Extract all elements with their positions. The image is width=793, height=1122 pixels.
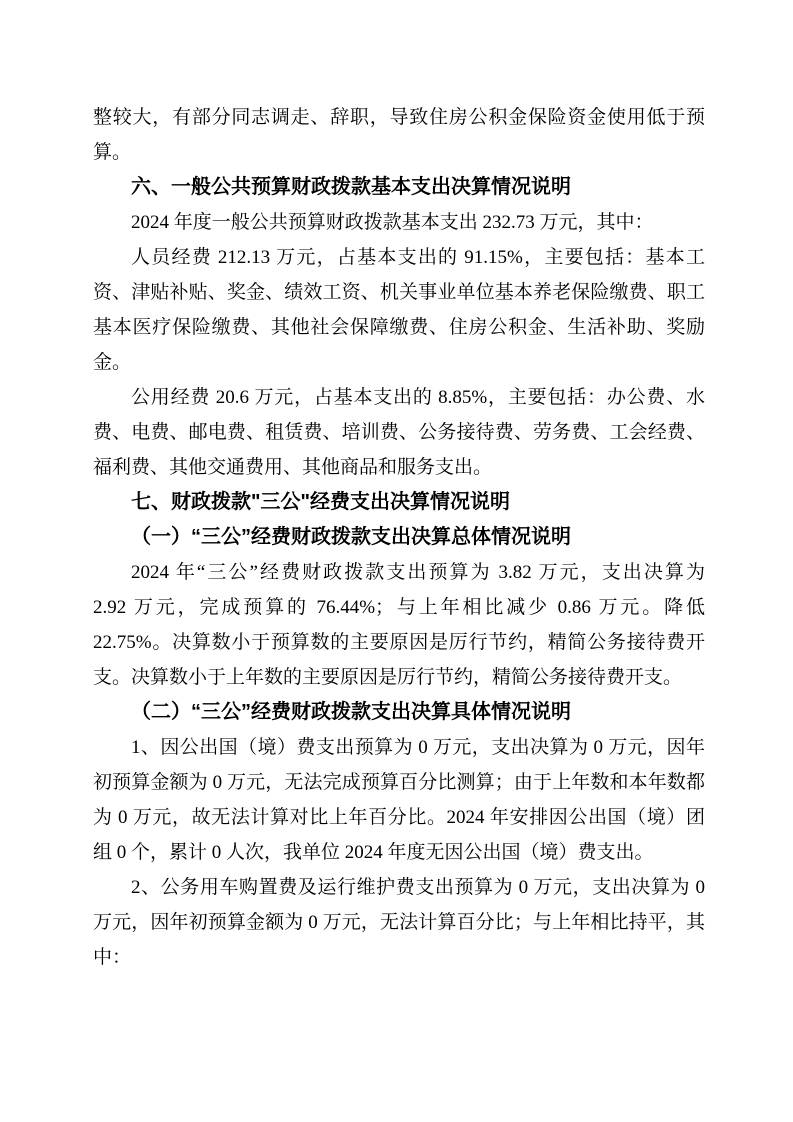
text-line: 2024 年度一般公共预算财政拨款基本支出 232.73 万元，其中： [93,205,705,240]
text-line: 2024 年“三公”经费财政拨款支出预算为 3.82 万元，支出决算为 [93,555,705,590]
text-line: 2.92 万元，完成预算的 76.44%；与上年相比减少 0.86 万元。降低 [93,590,705,625]
text-line: 人员经费 212.13 万元，占基本支出的 91.15%，主要包括：基本工 [93,240,705,275]
text-line: 金。 [93,345,705,380]
text-line: 基本医疗保险缴费、其他社会保障缴费、住房公积金、生活补助、奖励 [93,310,705,345]
paragraph: 公用经费 20.6 万元，占基本支出的 8.85%，主要包括：办公费、水费、电费… [93,380,705,485]
text-line: 公用经费 20.6 万元，占基本支出的 8.85%，主要包括：办公费、水 [93,380,705,415]
section-heading: 七、财政拨款"三公"经费支出决算情况说明 [93,485,705,520]
paragraph: 2024 年度一般公共预算财政拨款基本支出 232.73 万元，其中： [93,205,705,240]
paragraph: 人员经费 212.13 万元，占基本支出的 91.15%，主要包括：基本工资、津… [93,240,705,380]
text-line: 组 0 个，累计 0 人次，我单位 2024 年度无因公出国（境）费支出。 [93,835,705,870]
text-line: 整较大，有部分同志调走、辞职，导致住房公积金保险资金使用低于预 [93,100,705,135]
text-line: 万元，因年初预算金额为 0 万元，无法计算百分比；与上年相比持平，其 [93,905,705,940]
section-heading: 六、一般公共预算财政拨款基本支出决算情况说明 [93,170,705,205]
paragraph: 2、公务用车购置费及运行维护费支出预算为 0 万元，支出决算为 0万元，因年初预… [93,870,705,975]
section-heading: （一）“三公”经费财政拨款支出决算总体情况说明 [93,520,705,555]
text-line: 为 0 万元，故无法计算对比上年百分比。2024 年安排因公出国（境）团 [93,800,705,835]
text-line: 资、津贴补贴、奖金、绩效工资、机关事业单位基本养老保险缴费、职工 [93,275,705,310]
paragraph: 2024 年“三公”经费财政拨款支出预算为 3.82 万元，支出决算为2.92 … [93,555,705,695]
text-line: 费、电费、邮电费、租赁费、培训费、公务接待费、劳务费、工会经费、 [93,415,705,450]
text-line: 六、一般公共预算财政拨款基本支出决算情况说明 [93,170,705,205]
text-line: 中： [93,940,705,975]
text-line: 福利费、其他交通费用、其他商品和服务支出。 [93,450,705,485]
document-page: 整较大，有部分同志调走、辞职，导致住房公积金保险资金使用低于预算。六、一般公共预… [0,0,793,1122]
section-heading: （二）“三公”经费财政拨款支出决算具体情况说明 [93,695,705,730]
text-line: （一）“三公”经费财政拨款支出决算总体情况说明 [93,520,705,555]
text-line: 1、因公出国（境）费支出预算为 0 万元，支出决算为 0 万元，因年 [93,730,705,765]
text-line: 2、公务用车购置费及运行维护费支出预算为 0 万元，支出决算为 0 [93,870,705,905]
text-line: 22.75%。决算数小于预算数的主要原因是厉行节约，精简公务接待费开 [93,625,705,660]
text-line: 初预算金额为 0 万元，无法完成预算百分比测算；由于上年数和本年数都 [93,765,705,800]
paragraph: 整较大，有部分同志调走、辞职，导致住房公积金保险资金使用低于预算。 [93,100,705,170]
text-line: （二）“三公”经费财政拨款支出决算具体情况说明 [93,695,705,730]
paragraph: 1、因公出国（境）费支出预算为 0 万元，支出决算为 0 万元，因年初预算金额为… [93,730,705,870]
text-line: 支。决算数小于上年数的主要原因是厉行节约，精简公务接待费开支。 [93,660,705,695]
text-line: 七、财政拨款"三公"经费支出决算情况说明 [93,485,705,520]
text-line: 算。 [93,135,705,170]
